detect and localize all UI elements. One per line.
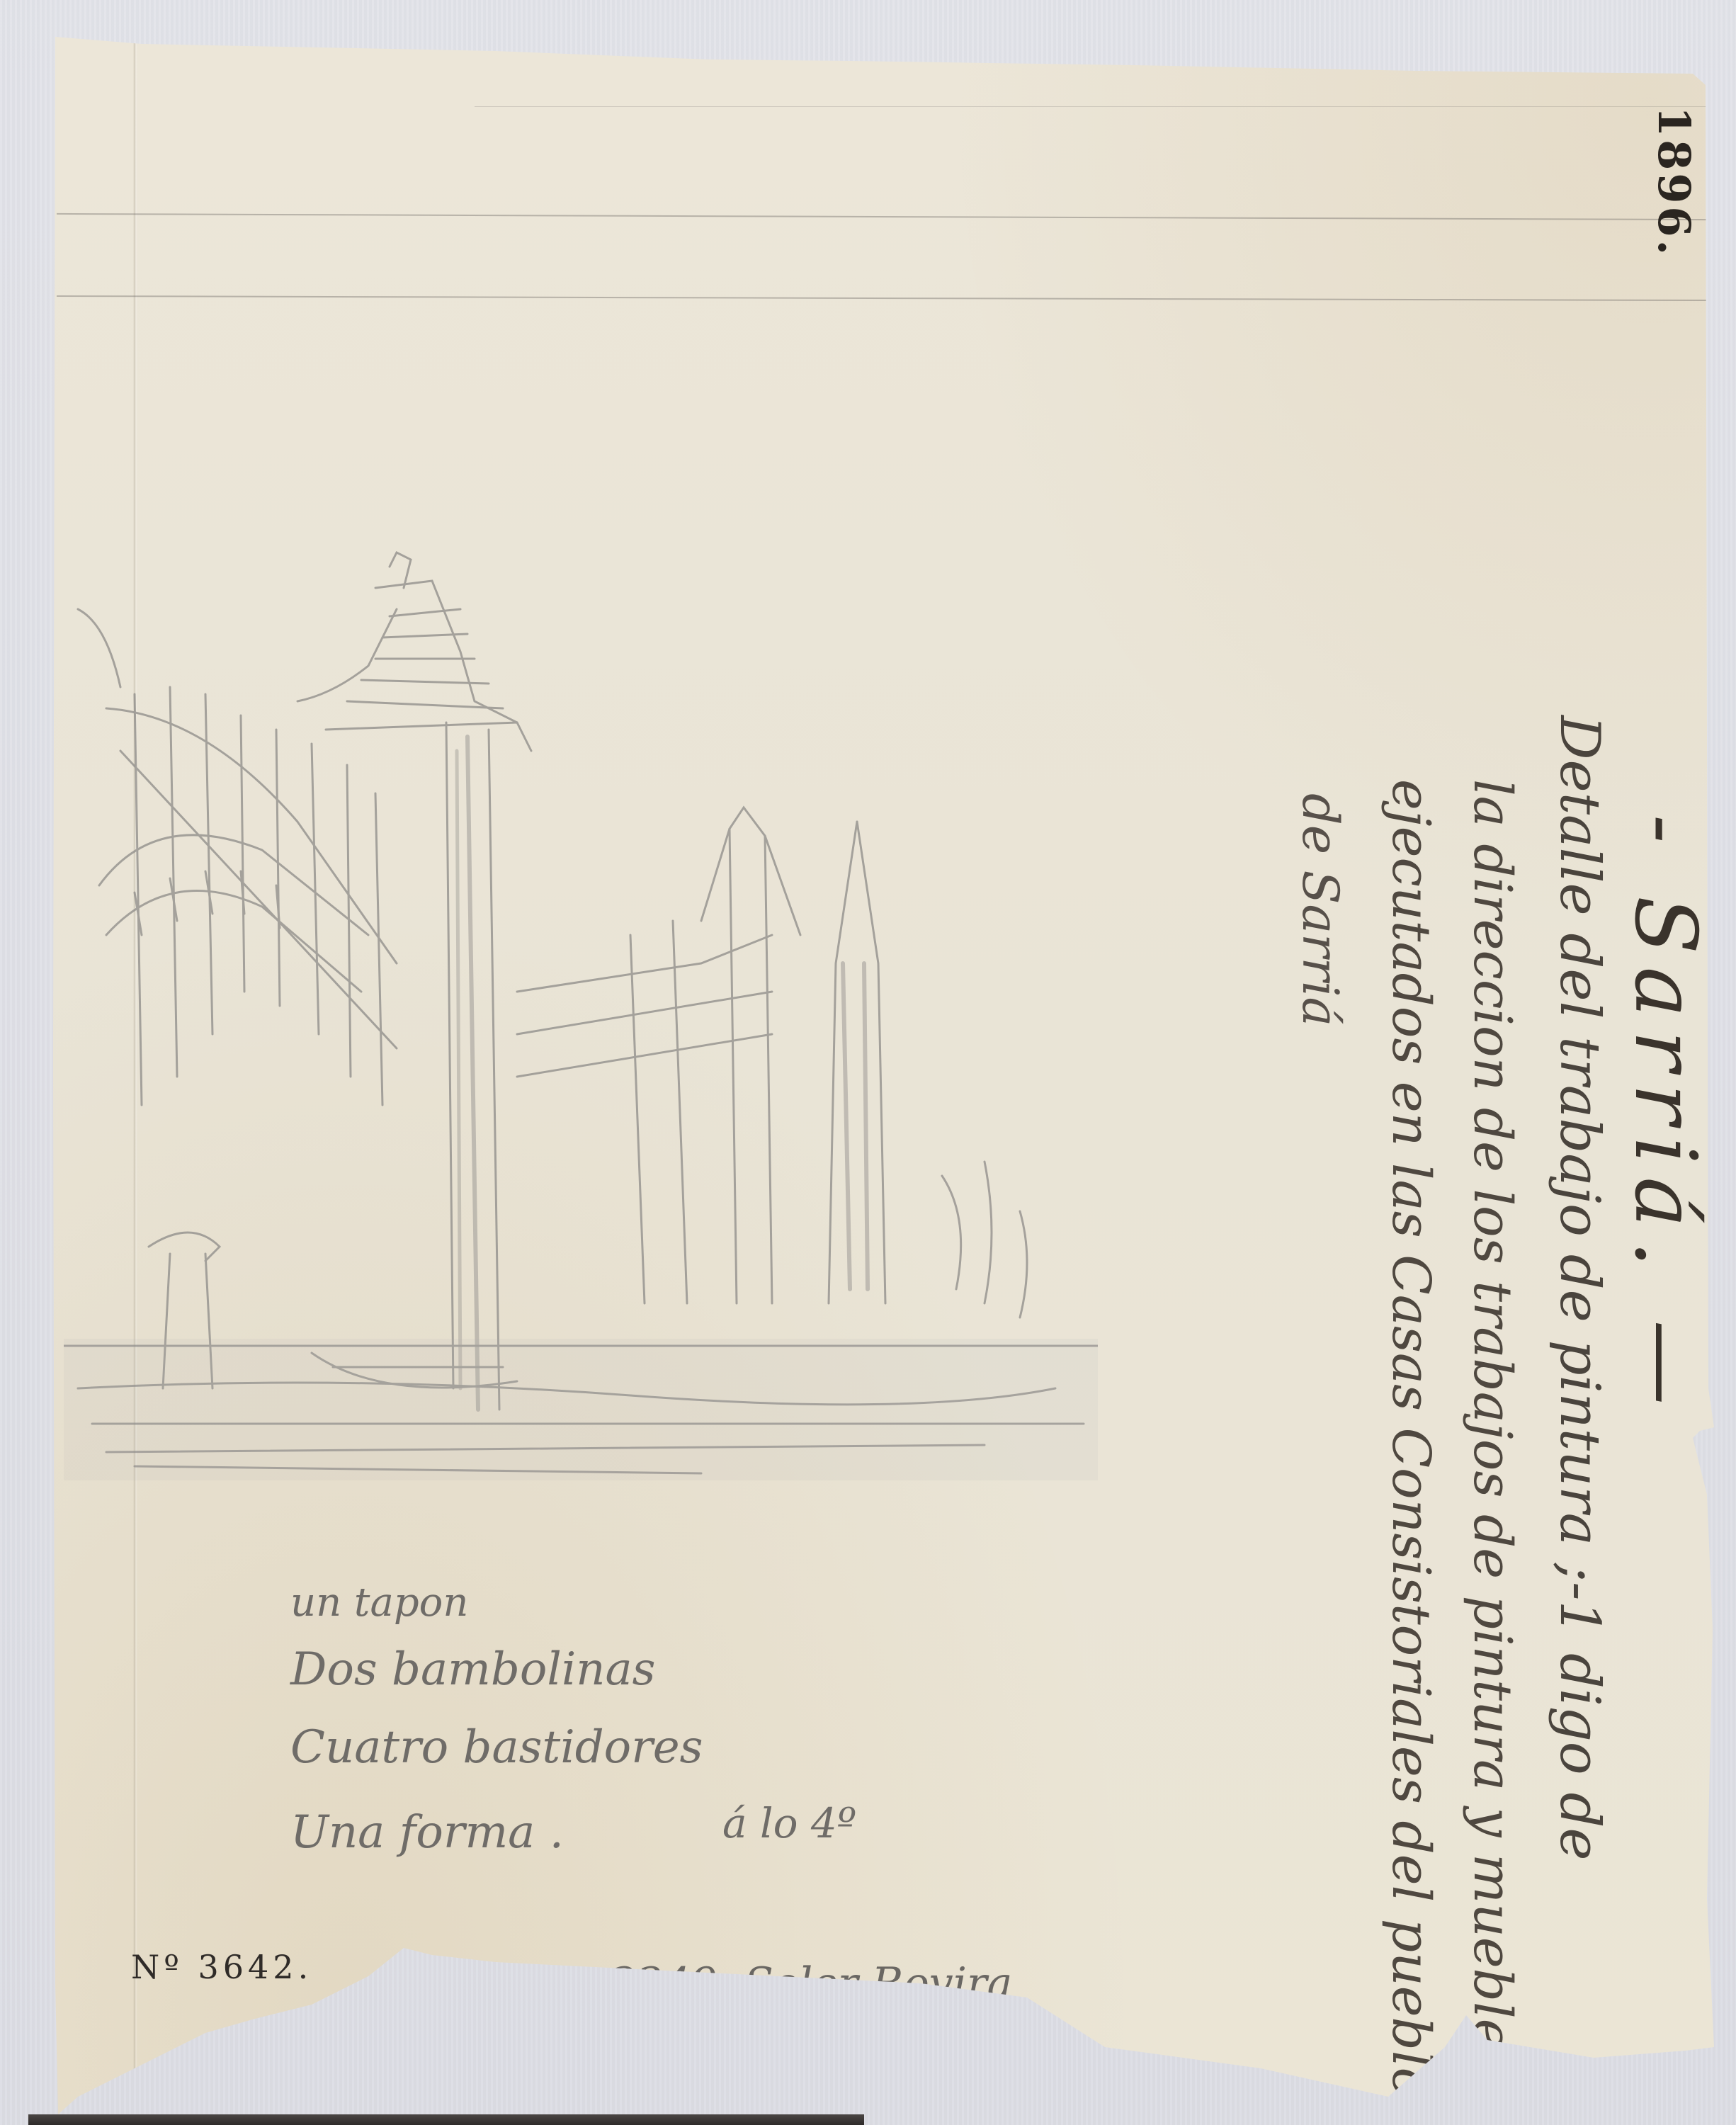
pencil-note-2: Dos bambolinas: [290, 1643, 656, 1696]
ruled-line-faint: [475, 106, 1707, 107]
note-line-4: de Sarriá: [1291, 793, 1349, 1026]
scan-ruler-bar: [28, 2114, 864, 2125]
ruled-line-2: [57, 295, 1707, 301]
ruled-line-1: [57, 213, 1707, 220]
pencil-side-note: á lo 4º: [722, 1799, 856, 1847]
pencil-note-3: Cuatro bastidores: [290, 1721, 703, 1774]
year-label: 1896.: [1648, 106, 1700, 258]
pencil-note-1: un tapon: [290, 1580, 468, 1626]
paper-sheet: 1896. - Sarriá. — Detalle del trabajo de…: [0, 0, 1736, 2125]
note-line-1: Detalle del trabajo de pintura ;-1 digo …: [1548, 715, 1611, 1861]
pencil-note-4: Una forma .: [290, 1806, 564, 1859]
place-heading: - Sarriá. —: [1616, 815, 1714, 1417]
note-line-3: ejecutados en las Casas Consistoriales d…: [1380, 779, 1441, 2099]
catalog-number: Nº 3642.: [131, 1948, 312, 1986]
pencil-sketch: [64, 538, 1098, 1480]
note-line-2: la direccion de los trabajos de pintura …: [1462, 779, 1523, 2076]
